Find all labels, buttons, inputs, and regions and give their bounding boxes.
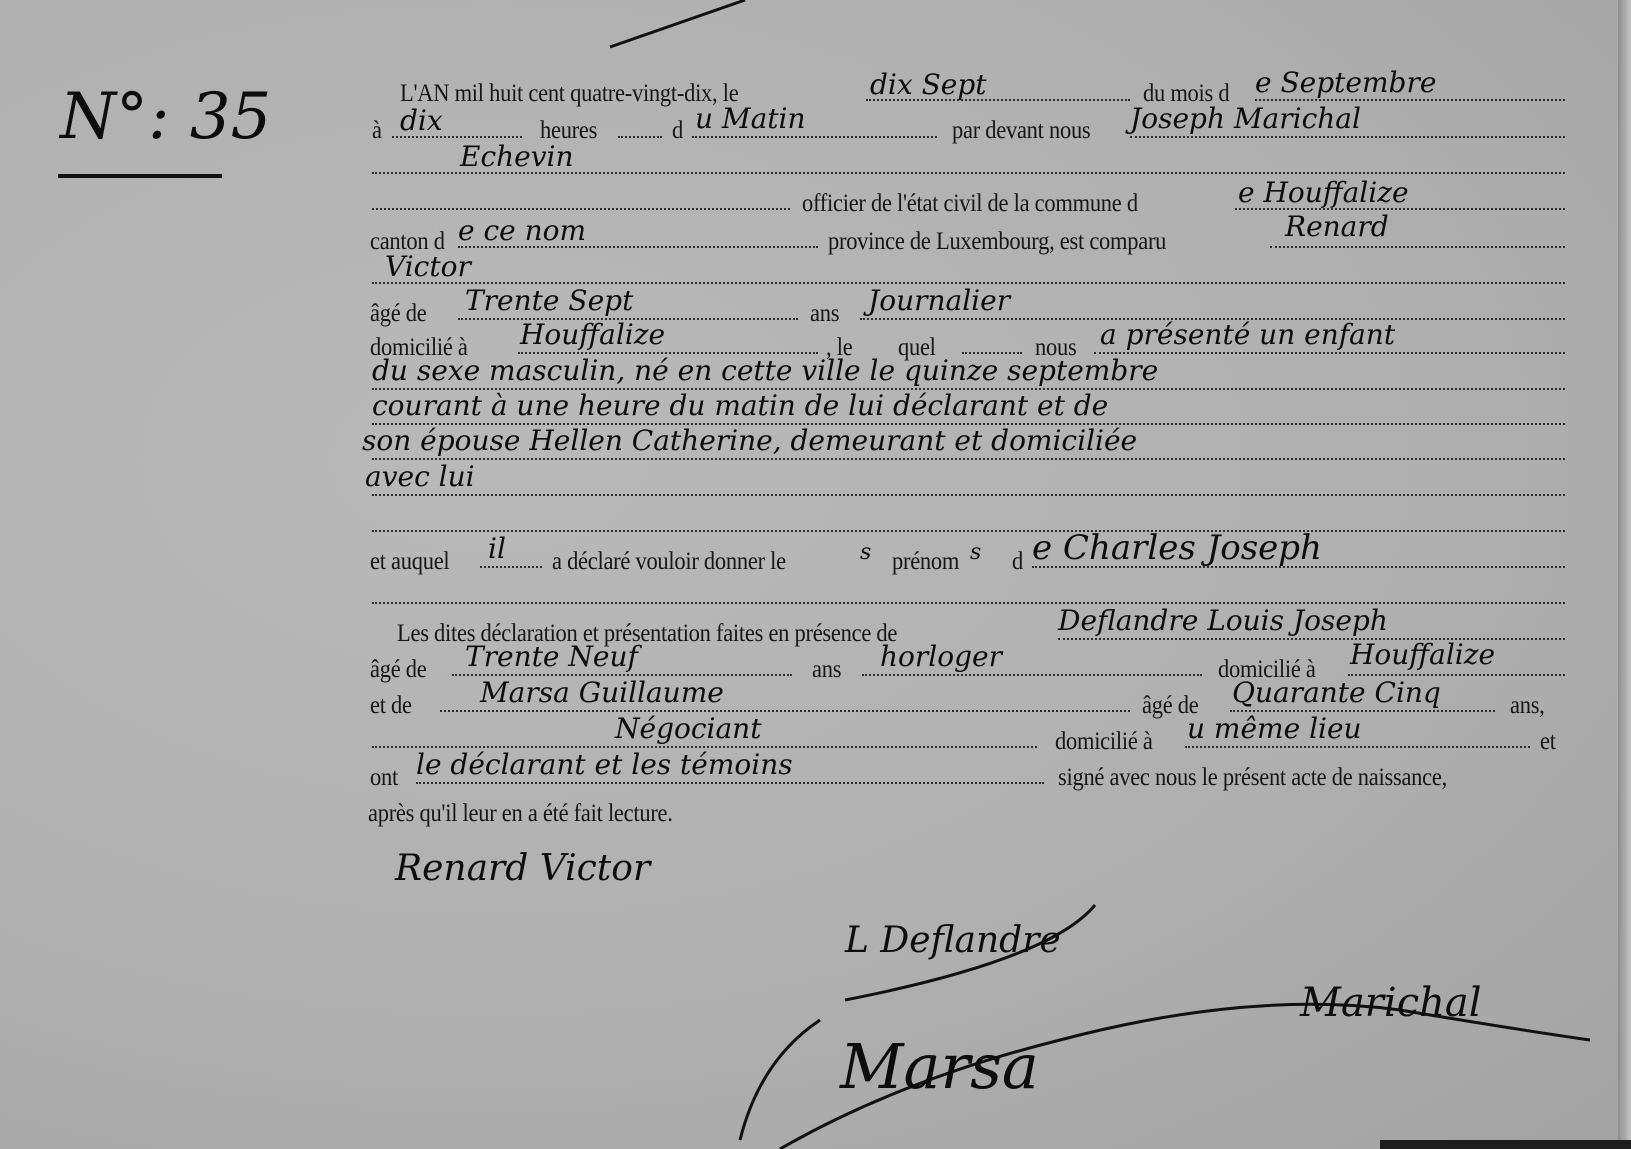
field-signers: le déclarant et les témoins [416,748,793,781]
text-province: province de Luxembourg, est comparu [828,228,1166,256]
text-prenom: prénom [892,548,959,576]
field-canton: e ce nom [458,214,586,247]
text-domicilie3: domicilié à [1055,728,1153,756]
field-line [372,530,1565,532]
text-officier: officier de l'état civil de la commune d [802,190,1138,218]
text-ans: ans [810,300,839,328]
field-mother-residence: avec lui [365,460,475,493]
field-day: dix Sept [870,68,987,101]
field-declarant-firstname: Victor [385,250,471,283]
field-presentation: a présenté un enfant [1100,318,1395,351]
text-lecture: après qu'il leur en a été fait lecture. [368,800,673,828]
field-mother: son épouse Hellen Catherine, demeurant e… [362,424,1137,457]
field-line [480,566,542,568]
field-line [372,458,1565,460]
field-witness1-place: Houffalize [1350,638,1495,671]
field-witness1-age: Trente Neuf [465,640,638,673]
field-commune: e Houffalize [1238,176,1409,209]
signature-officer: Marichal [1300,980,1482,1026]
field-line [1270,246,1565,248]
text-ans3: ans, [1510,692,1545,720]
signature-witness1: L Deflandre [845,920,1061,961]
field-line [1094,352,1565,354]
field-month: e Septembre [1255,66,1436,99]
text-a: à [372,117,382,145]
field-witness2-name: Marsa Guillaume [480,676,724,709]
signature-witness2: Marsa [840,1030,1039,1103]
text-et-de: et de [370,692,412,720]
field-birth-time: courant à une heure du matin de lui décl… [372,389,1108,422]
field-child-names: e Charles Joseph [1032,528,1322,568]
text-d: d [672,117,683,145]
field-declarant-surname: Renard [1285,210,1389,243]
text-par-devant-nous: par devant nous [952,117,1090,145]
field-line [618,136,662,138]
field-officer-title: Echevin [460,140,574,173]
field-plural-2: s [970,540,981,565]
field-line [692,136,937,138]
field-witness1-name: Deflandre Louis Joseph [1058,604,1388,637]
text-declare: a déclaré vouloir donner le [552,548,786,576]
field-witness1-occupation: horloger [880,640,1002,673]
field-line [372,494,1565,496]
text-year: L'AN mil huit cent quatre-vingt-dix, le [400,80,738,108]
text-ont: ont [370,764,398,792]
text-age2: âgé de [370,656,426,684]
field-witness2-occupation: Négociant [615,712,761,745]
field-declarant-age: Trente Sept [465,284,633,317]
field-pronoun: il [488,532,506,565]
field-line [1255,99,1565,101]
field-hour: dix [400,104,443,137]
field-line [1130,136,1565,138]
field-time-of-day: u Matin [695,102,806,135]
field-officer-name: Joseph Marichal [1130,102,1361,135]
field-declarant-place: Houffalize [520,318,665,351]
field-child-sex-birth: du sexe masculin, né en cette ville le q… [372,354,1158,387]
field-plural-1: s [860,540,871,565]
field-line [1185,746,1530,748]
field-line [416,782,1044,784]
text-et-auquel: et auquel [370,548,449,576]
field-witness2-age: Quarante Cinq [1232,676,1441,709]
text-et: et [1540,728,1556,756]
text-age: âgé de [370,300,426,328]
signature-declarant: Renard Victor [395,848,650,889]
field-line [372,208,790,210]
text-ans2: ans [812,656,841,684]
field-line [440,710,1130,712]
field-witness2-place: u même lieu [1187,712,1362,745]
text-signe: signé avec nous le présent acte de naiss… [1058,764,1447,792]
field-line [862,674,1202,676]
text-d2: d [1012,548,1023,576]
field-declarant-occupation: Journalier [868,284,1010,317]
